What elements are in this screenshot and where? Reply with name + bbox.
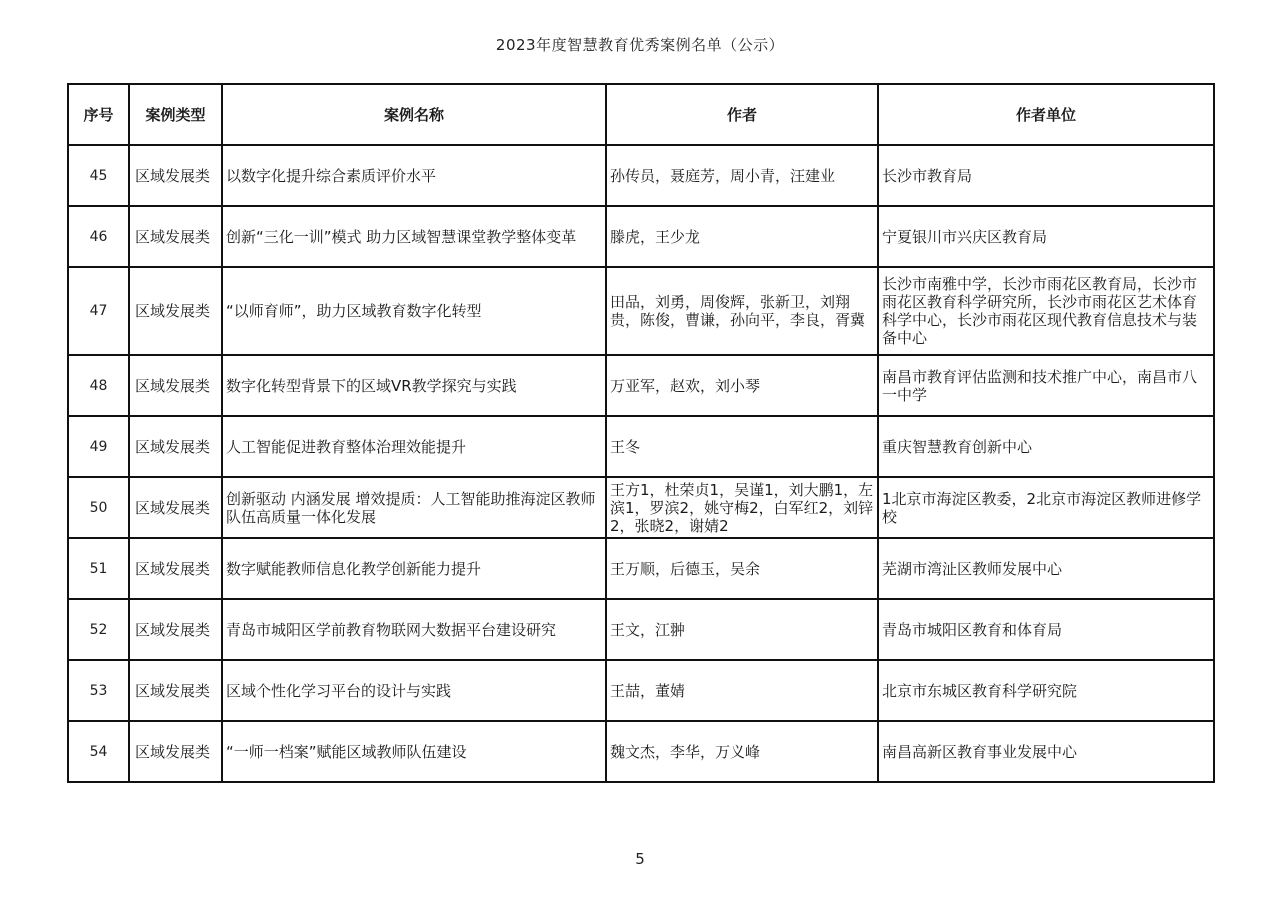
row-index: 53 <box>68 660 129 721</box>
row-index: 50 <box>68 477 129 538</box>
row-authors: 王喆，董婧 <box>606 660 878 721</box>
row-organization: 长沙市南雅中学，长沙市雨花区教育局，长沙市雨花区教育科学研究所，长沙市雨花区艺术… <box>878 267 1214 355</box>
row-organization: 青岛市城阳区教育和体育局 <box>878 599 1214 660</box>
row-organization: 宁夏银川市兴庆区教育局 <box>878 206 1214 267</box>
table-row: 45 区域发展类 以数字化提升综合素质评价水平 孙传员，聂庭芳，周小青，汪建业 … <box>68 145 1214 206</box>
row-authors: 孙传员，聂庭芳，周小青，汪建业 <box>606 145 878 206</box>
row-case-name: 数字赋能教师信息化教学创新能力提升 <box>222 538 606 599</box>
row-index: 52 <box>68 599 129 660</box>
row-case-name: 创新“三化一训”模式 助力区域智慧课堂教学整体变革 <box>222 206 606 267</box>
row-authors: 万亚军，赵欢，刘小琴 <box>606 355 878 416</box>
row-organization: 长沙市教育局 <box>878 145 1214 206</box>
row-type: 区域发展类 <box>129 206 222 267</box>
table-row: 54 区域发展类 “一师一档案”赋能区域教师队伍建设 魏文杰，李华，万义峰 南昌… <box>68 721 1214 782</box>
row-index: 48 <box>68 355 129 416</box>
row-authors: 田品，刘勇，周俊辉，张新卫，刘翔贵，陈俊，曹谦，孙向平，李良，胥冀 <box>606 267 878 355</box>
table-row: 51 区域发展类 数字赋能教师信息化教学创新能力提升 王万顺，后德玉，吴余 芜湖… <box>68 538 1214 599</box>
row-case-name: 人工智能促进教育整体治理效能提升 <box>222 416 606 477</box>
row-case-name: 创新驱动 内涵发展 增效提质：人工智能助推海淀区教师队伍高质量一体化发展 <box>222 477 606 538</box>
table-header-row: 序号 案例类型 案例名称 作者 作者单位 <box>68 84 1214 145</box>
row-authors: 王冬 <box>606 416 878 477</box>
row-organization: 北京市东城区教育科学研究院 <box>878 660 1214 721</box>
header-organization: 作者单位 <box>878 84 1214 145</box>
row-case-name: 数字化转型背景下的区域VR教学探究与实践 <box>222 355 606 416</box>
table-row: 50 区域发展类 创新驱动 内涵发展 增效提质：人工智能助推海淀区教师队伍高质量… <box>68 477 1214 538</box>
row-authors: 王万顺，后德玉，吴余 <box>606 538 878 599</box>
header-name: 案例名称 <box>222 84 606 145</box>
header-index: 序号 <box>68 84 129 145</box>
row-type: 区域发展类 <box>129 599 222 660</box>
page-number: 5 <box>0 850 1280 868</box>
row-index: 47 <box>68 267 129 355</box>
row-index: 54 <box>68 721 129 782</box>
row-type: 区域发展类 <box>129 145 222 206</box>
row-case-name: “一师一档案”赋能区域教师队伍建设 <box>222 721 606 782</box>
row-case-name: 青岛市城阳区学前教育物联网大数据平台建设研究 <box>222 599 606 660</box>
row-type: 区域发展类 <box>129 267 222 355</box>
row-index: 45 <box>68 145 129 206</box>
header-type: 案例类型 <box>129 84 222 145</box>
row-organization: 重庆智慧教育创新中心 <box>878 416 1214 477</box>
row-type: 区域发展类 <box>129 477 222 538</box>
table-row: 52 区域发展类 青岛市城阳区学前教育物联网大数据平台建设研究 王文，江翀 青岛… <box>68 599 1214 660</box>
row-organization: 1北京市海淀区教委，2北京市海淀区教师进修学校 <box>878 477 1214 538</box>
table-row: 47 区域发展类 “以师育师”，助力区域教育数字化转型 田品，刘勇，周俊辉，张新… <box>68 267 1214 355</box>
row-authors: 滕虎，王少龙 <box>606 206 878 267</box>
header-authors: 作者 <box>606 84 878 145</box>
table-row: 46 区域发展类 创新“三化一训”模式 助力区域智慧课堂教学整体变革 滕虎，王少… <box>68 206 1214 267</box>
row-type: 区域发展类 <box>129 660 222 721</box>
document-title: 2023年度智慧教育优秀案例名单（公示） <box>0 34 1280 55</box>
row-index: 51 <box>68 538 129 599</box>
case-list-table: 序号 案例类型 案例名称 作者 作者单位 45 区域发展类 以数字化提升综合素质… <box>67 83 1215 783</box>
row-organization: 南昌市教育评估监测和技术推广中心，南昌市八一中学 <box>878 355 1214 416</box>
row-type: 区域发展类 <box>129 721 222 782</box>
row-type: 区域发展类 <box>129 355 222 416</box>
table-row: 53 区域发展类 区域个性化学习平台的设计与实践 王喆，董婧 北京市东城区教育科… <box>68 660 1214 721</box>
row-index: 46 <box>68 206 129 267</box>
row-case-name: “以师育师”，助力区域教育数字化转型 <box>222 267 606 355</box>
table-row: 48 区域发展类 数字化转型背景下的区域VR教学探究与实践 万亚军，赵欢，刘小琴… <box>68 355 1214 416</box>
table-row: 49 区域发展类 人工智能促进教育整体治理效能提升 王冬 重庆智慧教育创新中心 <box>68 416 1214 477</box>
row-case-name: 以数字化提升综合素质评价水平 <box>222 145 606 206</box>
row-case-name: 区域个性化学习平台的设计与实践 <box>222 660 606 721</box>
row-organization: 南昌高新区教育事业发展中心 <box>878 721 1214 782</box>
row-authors: 王方1，杜荣贞1，吴谨1，刘大鹏1，左滨1，罗滨2，姚守梅2，白军红2，刘锌2，… <box>606 477 878 538</box>
row-type: 区域发展类 <box>129 538 222 599</box>
row-organization: 芜湖市湾沚区教师发展中心 <box>878 538 1214 599</box>
row-authors: 魏文杰，李华，万义峰 <box>606 721 878 782</box>
row-type: 区域发展类 <box>129 416 222 477</box>
row-authors: 王文，江翀 <box>606 599 878 660</box>
row-index: 49 <box>68 416 129 477</box>
